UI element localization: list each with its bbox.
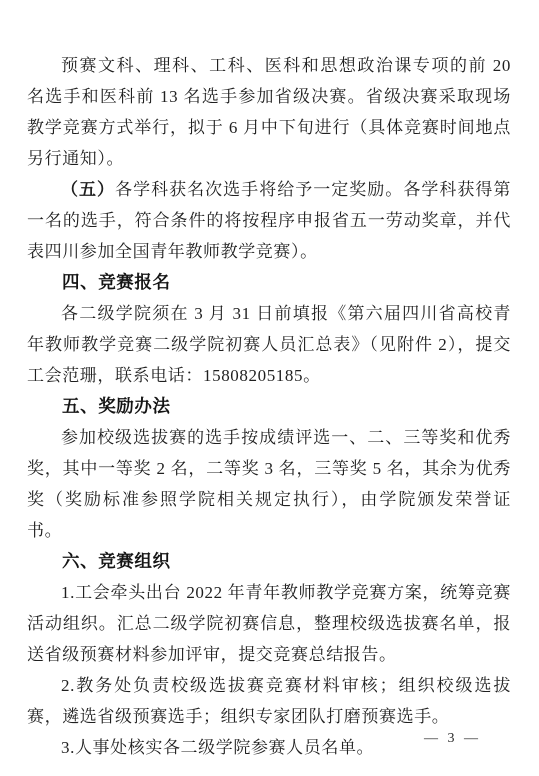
paragraph-org-task-2-academic-affairs: 2.教务处负责校级选拔赛竞赛材料审核；组织校级选拔赛，遴选省级预赛选手；组织专家… (27, 670, 511, 732)
document-body: 预赛文科、理科、工科、医科和思想政治课专项的前 20 名选手和医科前 13 名选… (27, 50, 511, 763)
paragraph-finals-arrangement: 预赛文科、理科、工科、医科和思想政治课专项的前 20 名选手和医科前 13 名选… (27, 50, 511, 174)
paragraph-org-task-1-union: 1.工会牵头出台 2022 年青年教师教学竞赛方案，统筹竞赛活动组织。汇总二级学… (27, 577, 511, 670)
document-page: 预赛文科、理科、工科、医科和思想政治课专项的前 20 名选手和医科前 13 名选… (0, 0, 539, 776)
paragraph-award-item-5: （五）各学科获名次选手将给予一定奖励。各学科获得第一名的选手，符合条件的将按程序… (27, 174, 511, 267)
section-heading-competition-organization: 六、竞赛组织 (27, 546, 511, 577)
item-5-number-label: （五） (61, 180, 115, 199)
page-number: — 3 — (424, 730, 481, 748)
paragraph-reward-details: 参加校级选拔赛的选手按成绩评选一、二、三等奖和优秀奖，其中一等奖 2 名，二等奖… (27, 422, 511, 546)
section-heading-reward-method: 五、奖励办法 (27, 391, 511, 422)
paragraph-registration-details: 各二级学院须在 3 月 31 日前填报《第六届四川省高校青年教师教学竞赛二级学院… (27, 298, 511, 391)
section-heading-registration: 四、竞赛报名 (27, 267, 511, 298)
